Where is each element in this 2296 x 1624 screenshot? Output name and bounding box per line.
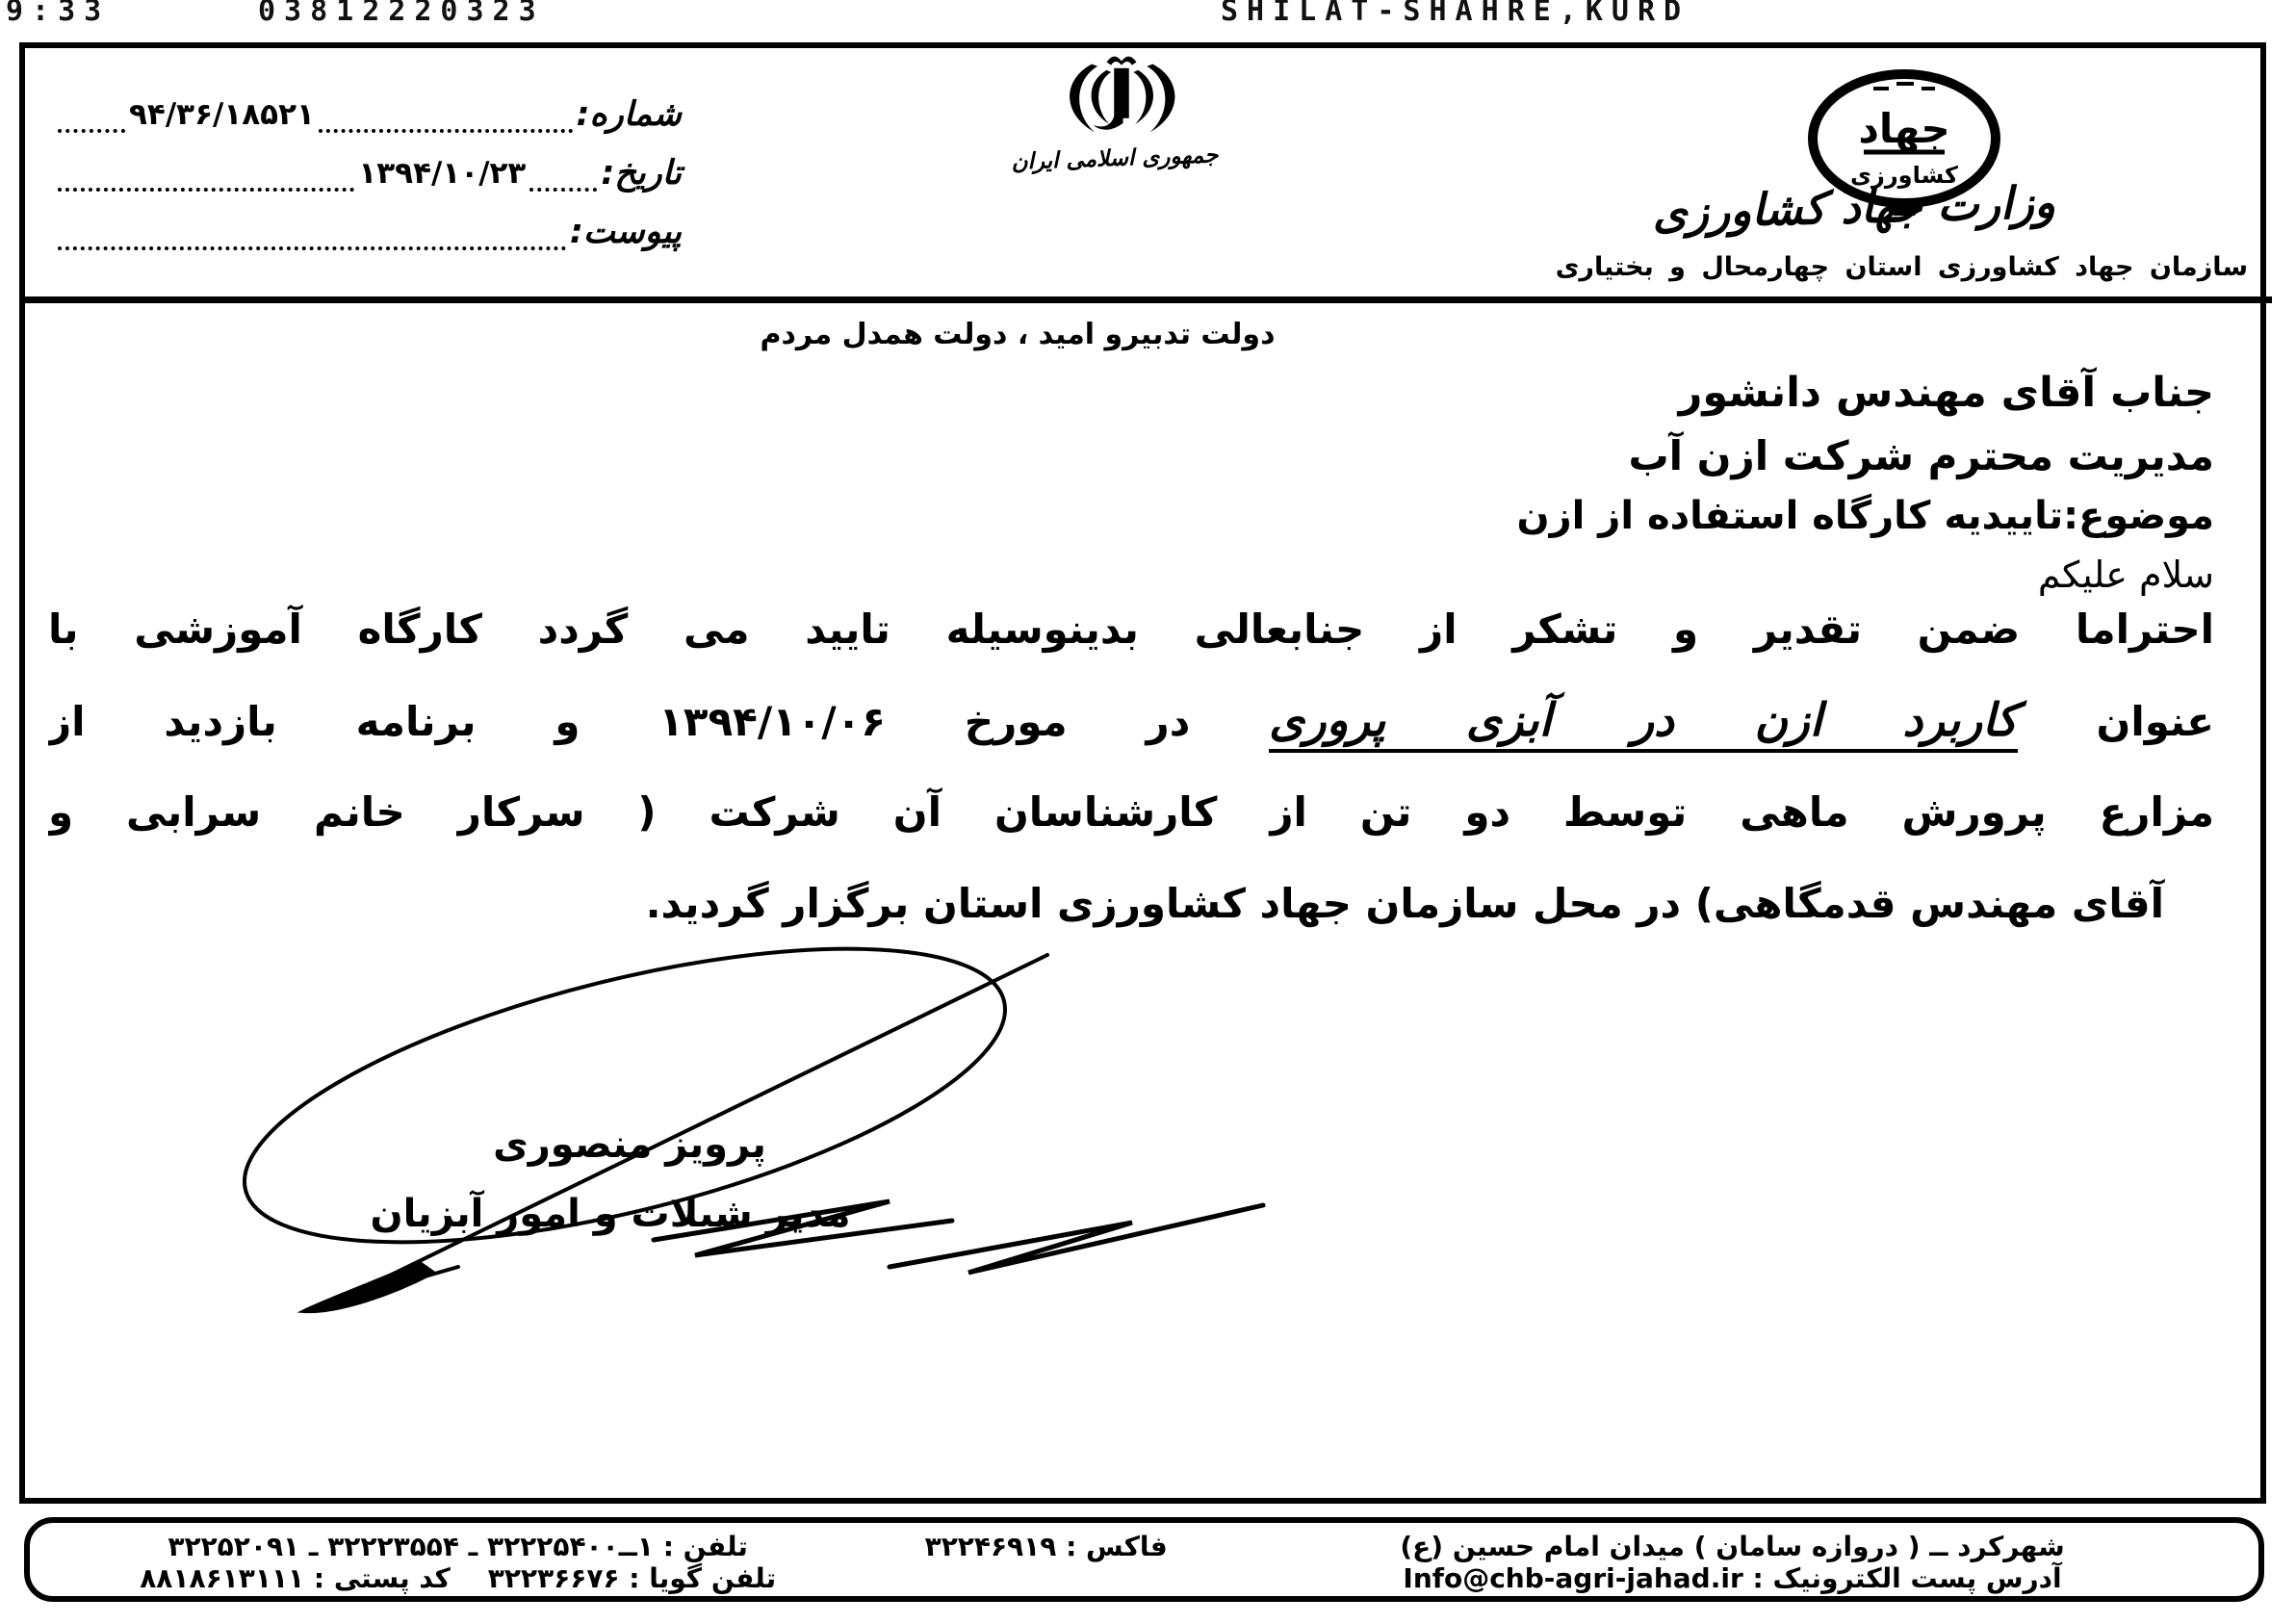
attachment-label: پیوست: bbox=[566, 214, 682, 251]
recipient-block: جناب آقای مهندس دانشور مدیریت محترم شرکت… bbox=[1348, 369, 2214, 609]
voice-phone-number: ۳۲۲۳۶۶۷۶ bbox=[488, 1562, 620, 1594]
body-line-3: مزارع پرورش ماهی توسط دو تن از کارشناسان… bbox=[48, 766, 2214, 858]
phone-numbers: تلفن : ۱ــ۳۲۲۲۵۴۰۰ ـ ۳۲۲۲۳۵۵۴ ـ ۳۲۲۵۲۰۹۱ bbox=[55, 1531, 861, 1562]
email-row: آدرس پست الکترونیک : Info@chb-agri-jahad… bbox=[1231, 1562, 2233, 1594]
footer-address-column: شهرکرد ــ ( دروازه سامان ) میدان امام حس… bbox=[1231, 1531, 2233, 1590]
fax-transmission-header: 9:33 03812220323 SHILAT-SHAHRE,KURD bbox=[0, 0, 2296, 27]
spacer bbox=[460, 1562, 479, 1594]
letter-number-row: شماره: ۹۴/۳۶/۱۸۵۲۱ bbox=[58, 83, 682, 133]
email-address: Info@chb-agri-jahad.ir bbox=[1403, 1562, 1742, 1594]
dotted-leader bbox=[319, 125, 573, 133]
date-value: ۱۳۹۴/۱۰/۲۳ bbox=[354, 156, 529, 192]
logo-text-jahad: جهاد bbox=[1858, 105, 1949, 153]
fax-row: فاکس : ۳۲۲۴۶۹۱۹ bbox=[861, 1531, 1231, 1562]
fax-number-value: ۳۲۲۴۶۹۱۹ bbox=[925, 1531, 1057, 1562]
workshop-title-emphasis: کاربرد ازن در آبزی پروری bbox=[1269, 694, 2018, 753]
body-line-2-suffix: در مورخ ۱۳۹۴/۱۰/۰۶ و برنامه بازدید از bbox=[48, 698, 1269, 745]
ministry-calligraphy: وزارت جهاد کشاورزی bbox=[1669, 176, 2055, 238]
fax-label: فاکس : bbox=[1066, 1531, 1168, 1562]
subject-line: موضوع:تاییدیه کارگاه استفاده از ازن bbox=[1348, 494, 2214, 554]
attachment-row: پیوست: bbox=[58, 200, 682, 250]
signatory-title: مدیر شیلات و امور آبزیان bbox=[283, 1192, 938, 1236]
body-line-1: احتراما ضمن تقدیر و تشکر از جنابعالی بدی… bbox=[48, 583, 2214, 675]
body-line-2: عنوان کاربرد ازن در آبزی پروری در مورخ ۱… bbox=[48, 675, 2214, 766]
postal-code-label: کد پستی : bbox=[314, 1562, 451, 1594]
recipient-title: مدیریت محترم شرکت ازن آب bbox=[1348, 432, 2214, 494]
fax-station-id: SHILAT-SHAHRE,KURD bbox=[1221, 0, 1690, 28]
recipient-name: جناب آقای مهندس دانشور bbox=[1348, 369, 2214, 432]
letterhead-separator-rule bbox=[25, 296, 2272, 303]
dotted-leader-empty bbox=[58, 243, 566, 250]
fax-time: 9:33 bbox=[6, 0, 110, 28]
number-label: شماره: bbox=[573, 96, 682, 134]
letterhead-fields: شماره: ۹۴/۳۶/۱۸۵۲۱ تاریخ: ۱۳۹۴/۱۰/۲۳ پیو… bbox=[58, 83, 682, 259]
footer-contact-strip: شهرکرد ــ ( دروازه سامان ) میدان امام حس… bbox=[24, 1517, 2264, 1602]
dotted-leader bbox=[529, 184, 597, 192]
government-slogan: دولت تدبیرو امید ، دولت همدل مردم bbox=[734, 318, 1302, 351]
signature-block: پرویز منصوری مدیر شیلات و امور آبزیان bbox=[216, 932, 1323, 1355]
dotted-leader bbox=[58, 125, 125, 133]
iran-emblem-svg bbox=[1032, 48, 1211, 148]
signatory-name: پرویز منصوری bbox=[408, 1122, 851, 1167]
postal-address: شهرکرد ــ ( دروازه سامان ) میدان امام حس… bbox=[1231, 1531, 2233, 1562]
scanned-fax-letter: { "fax_header": { "time": "9:33", "fax_n… bbox=[0, 0, 2296, 1624]
letter-date-row: تاریخ: ۱۳۹۴/۱۰/۲۳ bbox=[58, 142, 682, 192]
footer-phone-column: تلفن : ۱ــ۳۲۲۲۵۴۰۰ ـ ۳۲۲۲۳۵۵۴ ـ ۳۲۲۵۲۰۹۱… bbox=[55, 1531, 861, 1590]
postal-code-value: ۸۸۱۸۶۱۳۱۱۱ bbox=[140, 1562, 304, 1594]
body-line-2-prefix: عنوان bbox=[2018, 698, 2214, 745]
organization-name: سازمان جهاد کشاورزی استان چهارمحال و بخت… bbox=[1556, 252, 2248, 282]
dotted-leader bbox=[58, 184, 354, 192]
voice-phone-postal-row: تلفن گویا : ۳۲۲۳۶۶۷۶ کد پستی : ۸۸۱۸۶۱۳۱۱… bbox=[55, 1562, 861, 1594]
email-label: آدرس پست الکترونیک : bbox=[1753, 1562, 2062, 1594]
fax-sender-number: 03812220323 bbox=[258, 0, 545, 28]
number-value: ۹۴/۳۶/۱۸۵۲۱ bbox=[125, 97, 319, 133]
date-label: تاریخ: bbox=[597, 155, 682, 193]
voice-phone-label: تلفن گویا : bbox=[629, 1562, 776, 1594]
footer-fax-column: فاکس : ۳۲۲۴۶۹۱۹ bbox=[861, 1531, 1231, 1590]
letter-body: احتراما ضمن تقدیر و تشکر از جنابعالی بدی… bbox=[48, 583, 2214, 949]
iran-national-emblem-icon bbox=[1032, 48, 1211, 148]
